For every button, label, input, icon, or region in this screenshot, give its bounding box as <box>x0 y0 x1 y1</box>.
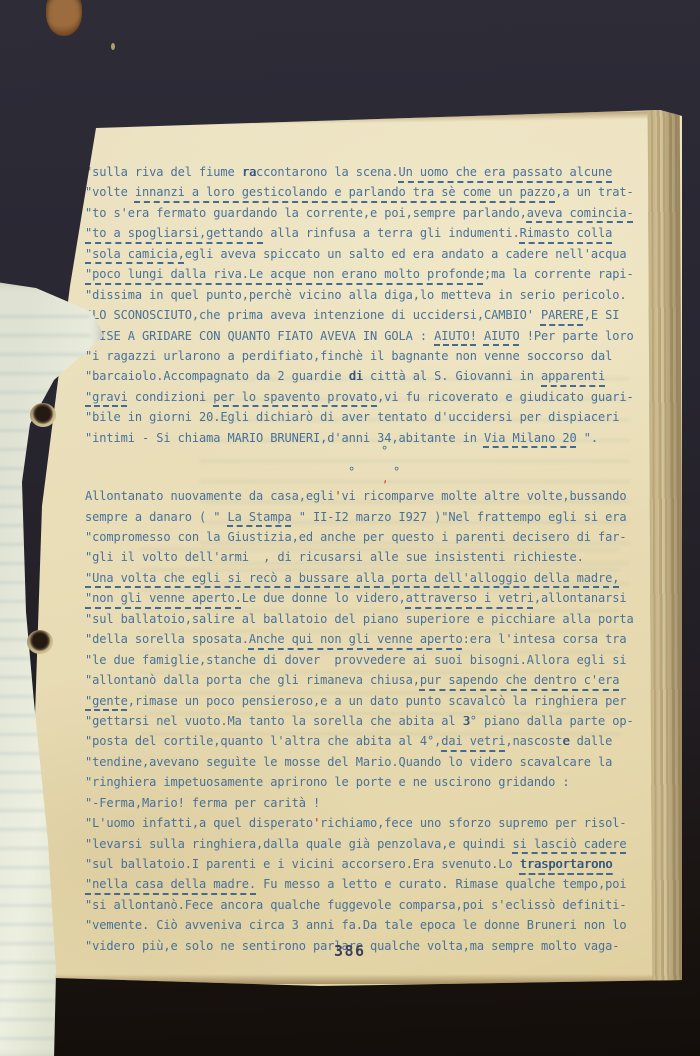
punch-hole <box>30 403 56 427</box>
typed-line: "compromesso con la Giustizia,ed anche p… <box>85 527 660 547</box>
typed-line: "Una volta che egli si recò a bussare al… <box>85 568 660 588</box>
typed-line: "non gli venne aperto.Le due donne lo vi… <box>85 588 660 608</box>
document-page: "sulla riva del fiume raccontarono la sc… <box>20 106 682 988</box>
typed-line: "barcaiolo.Accompagnato da 2 guardie di … <box>85 366 660 386</box>
typed-line: Allontanato nuovamente da casa,egli'vi r… <box>85 486 660 506</box>
typed-line: "allontanò dalla porta che gli rimaneva … <box>85 670 660 690</box>
typed-line: "bile in giorni 20.Egli dichiarò di aver… <box>85 407 660 427</box>
typed-line: "LO SCONOSCIUTO,che prima aveva intenzio… <box>85 305 660 325</box>
typed-line: "poco lungi dalla riva.Le acque non eran… <box>85 264 660 284</box>
typed-line: "posta del cortile,quanto l'altra che ab… <box>85 731 660 751</box>
typed-line: "sulla riva del fiume raccontarono la sc… <box>85 162 660 182</box>
page-number: 386 <box>334 942 366 960</box>
red-pen-mark: , <box>382 472 389 485</box>
page-bottom-edge <box>30 974 672 984</box>
typed-line: "-Ferma,Mario! ferma per carità ! <box>85 793 660 813</box>
typed-line: "gravi condizioni per lo spavento provat… <box>85 387 660 407</box>
separator-circle: ° <box>348 465 355 479</box>
typed-line: sempre a danaro ( " La Stampa " II-I2 ma… <box>85 507 660 527</box>
scanned-book-photo: "sulla riva del fiume raccontarono la sc… <box>0 0 700 1056</box>
typed-line: "to a spogliarsi,gettando alla rinfusa a… <box>85 223 660 243</box>
typed-line: "sul ballatoio,salire al ballatoio del p… <box>85 609 660 629</box>
typed-line: "tendine,avevano seguìte le mosse del Ma… <box>85 752 660 772</box>
separator-circle: ° <box>381 444 388 458</box>
typed-line: "nella casa della madre. Fu messo a lett… <box>85 874 660 894</box>
typed-line: "dissima in quel punto,perchè vicino all… <box>85 285 660 305</box>
typed-line: "MISE A GRIDARE CON QUANTO FIATO AVEVA I… <box>85 326 660 346</box>
typed-line: "gettarsi nel vuoto.Ma tanto la sorella … <box>85 711 660 731</box>
typed-line: "intimi - Si chiama MARIO BRUNERI,d'anni… <box>85 428 660 448</box>
binder-post-hole <box>46 0 82 36</box>
typed-line: "gli il volto dell'armi , di ricusarsi a… <box>85 547 660 567</box>
typed-line: "to s'era fermato guardando la corrente,… <box>85 203 660 223</box>
typed-line: "le due famiglie,stanche di dover provve… <box>85 650 660 670</box>
page-top-edge <box>90 111 666 127</box>
paper-speck <box>111 43 115 50</box>
typed-line: "levarsi sulla ringhiera,dalla quale già… <box>85 834 660 854</box>
typed-line: "sul ballatoio.I parenti e i vicini acco… <box>85 854 660 874</box>
typed-text: "sulla riva del fiume raccontarono la sc… <box>85 162 660 956</box>
punch-hole <box>27 630 53 654</box>
section-separator: ° ° ° , <box>85 448 660 486</box>
typed-line: "ringhiera impetuosamente aprirono le po… <box>85 772 660 792</box>
paragraph-2: Allontanato nuovamente da casa,egli'vi r… <box>85 486 660 956</box>
paragraph-1: "sulla riva del fiume raccontarono la sc… <box>85 162 660 448</box>
typed-line: "della sorella sposata.Anche qui non gli… <box>85 629 660 649</box>
typed-line: "gente,rimase un poco pensieroso,e a un … <box>85 691 660 711</box>
typed-line: "sola camicia,egli aveva spiccato un sal… <box>85 244 660 264</box>
typed-line: "L'uomo infatti,a quel disperato'richiam… <box>85 813 660 833</box>
separator-circle: ° <box>393 465 400 479</box>
typed-line: "si allontanò.Fece ancora qualche fuggev… <box>85 895 660 915</box>
typed-line: "vemente. Ciò avveniva circa 3 anni fa.D… <box>85 915 660 935</box>
typed-line: "videro più,e solo ne sentirono parlare … <box>85 936 660 956</box>
typed-line: "volte innanzi a loro gesticolando e par… <box>85 182 660 202</box>
typed-line: "i ragazzi urlarono a perdifiato,finchè … <box>85 346 660 366</box>
